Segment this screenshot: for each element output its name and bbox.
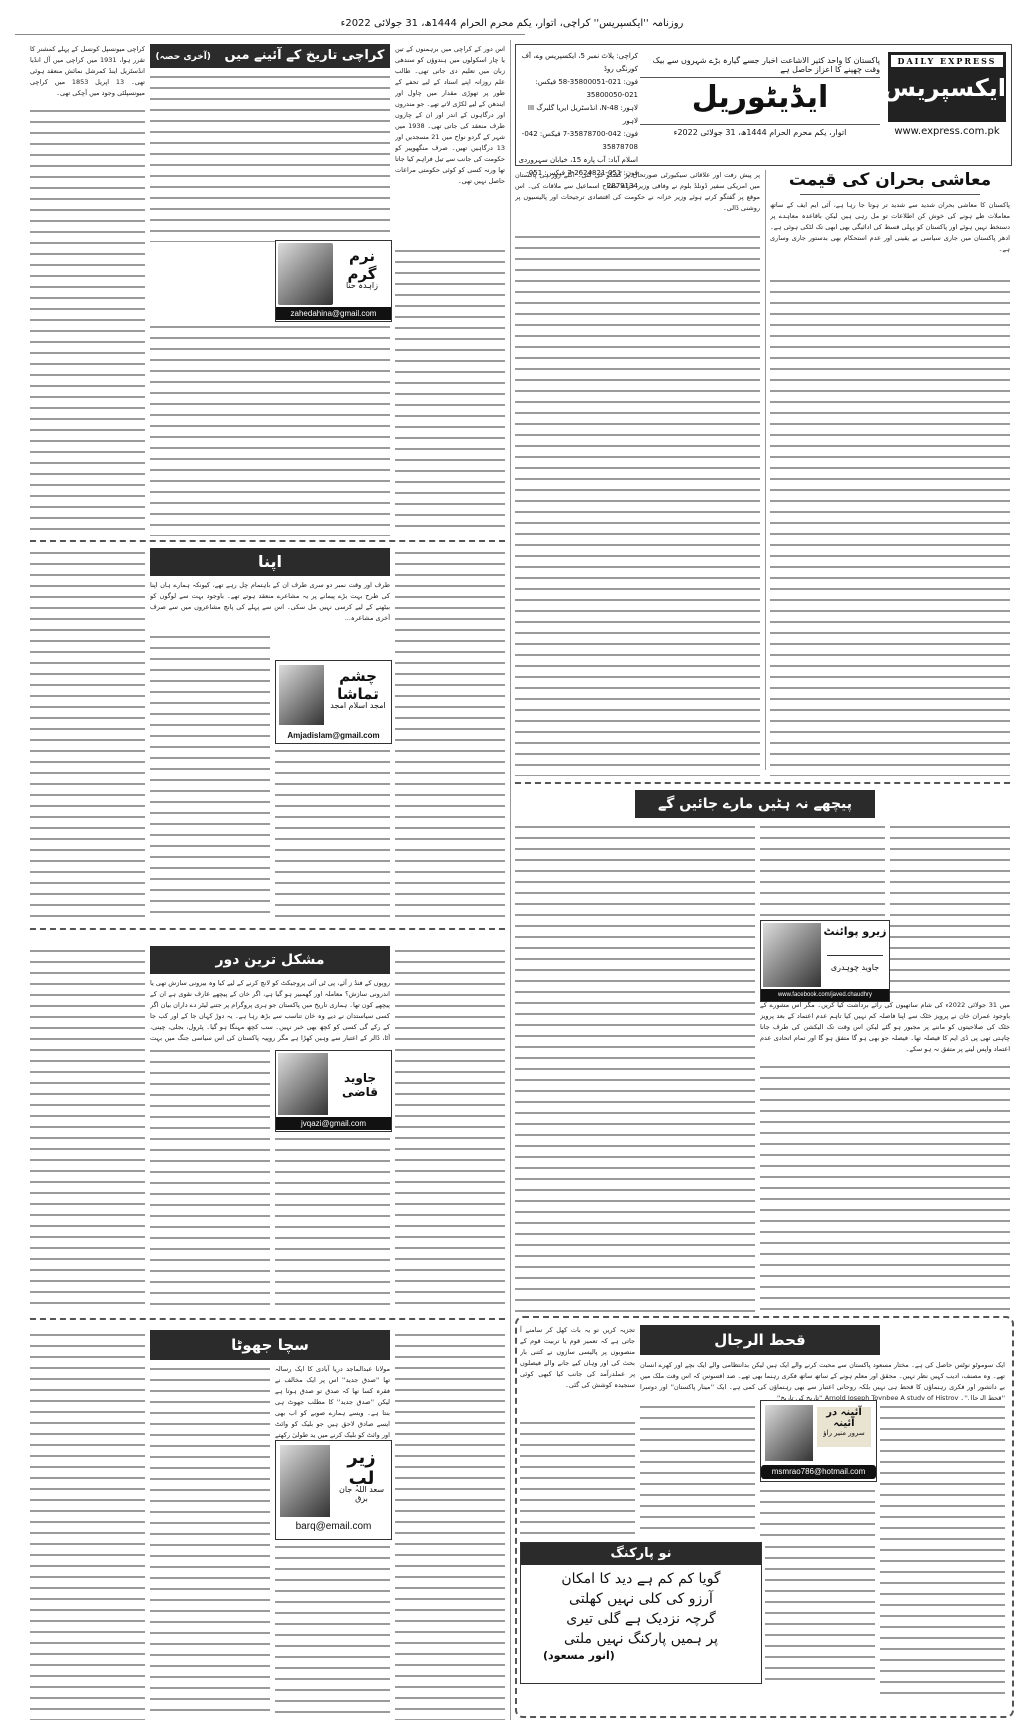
section-divider <box>30 928 505 930</box>
column-name: نرم گرم <box>336 247 388 283</box>
article-body-continued <box>760 1062 1010 1312</box>
article-body-right <box>395 548 505 922</box>
article-body-left <box>30 946 145 1310</box>
article-body-continued <box>150 1046 270 1310</box>
article-body-lower <box>760 1486 875 1536</box>
column-title-bar: مشکل ترین دور <box>150 946 390 974</box>
article-title: سچا جھوٹا <box>231 1336 309 1354</box>
article-body-right <box>890 822 1010 998</box>
editorial-body-continued <box>770 276 1010 776</box>
columnist-photo <box>765 1405 813 1461</box>
columnist-email[interactable]: barq@email.com <box>276 1521 391 1532</box>
article-body-lower <box>275 1542 390 1720</box>
section-divider <box>515 782 1010 784</box>
columnist-name: جاوید چوہدری <box>823 963 887 972</box>
article-body-right <box>395 1330 505 1720</box>
top-rule <box>15 34 525 35</box>
masthead-tagline: پاکستان کا واحد کثیر الاشاعت اخبار جسے گ… <box>640 56 880 78</box>
website-link[interactable]: www.express.com.pk <box>888 126 1006 137</box>
columnist-box: چشم تماشا امجد اسلام امجد Amjadislam@gma… <box>275 660 392 744</box>
article-body-left <box>520 1418 635 1538</box>
section-divider <box>30 1318 505 1320</box>
columnist-facebook[interactable]: www.facebook.com/javed.chaudhry <box>761 989 889 1001</box>
masthead-date: اتوار، یکم محرم الحرام 1444ھ، 31 جولائی … <box>640 124 880 137</box>
columnist-box: نرم گرم زاہدہ حنا zahedahina@gmail.com <box>275 240 392 322</box>
column-name: آئینہ در آئینہ <box>817 1407 871 1429</box>
article-body-lower <box>275 746 390 922</box>
article-body-mid <box>760 822 885 917</box>
article-body: مولانا عبدالماجد دریا آبادی کا ایک رسالہ… <box>275 1364 390 1444</box>
column-title-bar: کراچی تاریخ کے آئینے میں (آخری حصہ) <box>150 44 390 68</box>
article-body: میں 31 جولائی 2022ء کی شام ساتھیوں کی را… <box>760 1000 1010 1060</box>
column-name: زیر لب <box>334 1447 389 1489</box>
logo-band: DAILY EXPRESS <box>891 55 1003 67</box>
columnist-name: سعد اللہ جان برق <box>334 1485 389 1503</box>
columnist-photo <box>278 1053 328 1115</box>
article-body-lower <box>150 322 390 536</box>
headline-underline <box>800 194 980 195</box>
article-body-continued <box>880 1402 1005 1702</box>
editorial-body-2: پر پیش رفت اور علاقائی سیکیورٹی صورتحال … <box>515 170 760 230</box>
article-body-left <box>30 1330 145 1720</box>
editorial-body: پاکستان کا معاشی بحران شدید سے شدید تر ہ… <box>770 200 1010 275</box>
article-body-mid <box>640 1402 755 1532</box>
express-logo[interactable]: DAILY EXPRESS ایکسپریس <box>888 52 1006 122</box>
contact-line: فون: 042-35878700-7 فیکس: 042-35878708 <box>518 128 638 154</box>
columnist-email[interactable]: zahedahina@gmail.com <box>276 307 391 320</box>
column-logo: آئینہ در آئینہ سرور منیر راؤ <box>817 1407 871 1447</box>
column-title-bar: سچا جھوٹا <box>150 1330 390 1360</box>
contact-line: اسلام آباد: آب پارہ 15، خیابان سہروردی <box>518 154 638 167</box>
poem-line: پر ہمیں پارکنگ نہیں ملتی <box>521 1629 761 1649</box>
section-divider <box>30 540 505 542</box>
center-rule <box>510 40 511 1720</box>
poem-title: نو پارکنگ <box>521 1543 761 1565</box>
contact-line: کراچی: پلاٹ نمبر 5، ایکسپریس وے، آف کورن… <box>518 50 638 76</box>
poem-box: نو پارکنگ گویا کم کم ہے دید کا امکان آرز… <box>520 1542 762 1684</box>
columnist-name: زاہدہ حنا <box>336 281 388 290</box>
columnist-box: آئینہ در آئینہ سرور منیر راؤ msmrao786@h… <box>760 1400 877 1482</box>
contact-line: لاہور: N-48، انڈسٹریل ایریا گلبرگ III لا… <box>518 102 638 128</box>
column-name: زیرو پوائنٹ <box>823 925 887 938</box>
contact-line: فون: 021-35800051-58 فیکس: 021-35800050 <box>518 76 638 102</box>
columnist-photo <box>279 665 324 725</box>
article-body-left <box>515 822 755 1312</box>
article-body-lower <box>275 1134 390 1310</box>
poem-line: گویا کم کم ہے دید کا امکان <box>521 1569 761 1589</box>
article-body: اس دور کے کراچی میں برہمنوں کے تین یا چا… <box>395 44 505 244</box>
article-body-left <box>30 548 145 922</box>
columnist-email[interactable]: msmrao786@hotmail.com <box>761 1465 876 1479</box>
article-subtitle: (آخری حصہ) <box>155 52 210 62</box>
page-dateline: روزنامہ ''ایکسپریس'' کراچی، اتوار، یکم م… <box>0 18 1024 29</box>
article-body-continued <box>150 1364 270 1720</box>
article-body-side <box>765 1542 875 1682</box>
columnist-box: زیر لب سعد اللہ جان برق barq@email.com <box>275 1440 392 1540</box>
columnist-email[interactable]: Amjadislam@gmail.com <box>276 729 391 742</box>
columnist-box: زیرو پوائنٹ جاوید چوہدری www.facebook.co… <box>760 920 890 1002</box>
columnist-box: جاوید قاضی jvqazi@gmail.com <box>275 1050 392 1132</box>
columnist-name: سرور منیر راؤ <box>817 1429 871 1437</box>
article-body: ایک سوموٹو نوٹس حاصل کی ہے۔ مختار مسعود … <box>640 1360 1005 1400</box>
article-body-mid <box>150 72 390 242</box>
column-title-bar: قحط الرجال <box>640 1325 880 1355</box>
poem-line: آرزو کی کلی نہیں کھلتی <box>521 1589 761 1609</box>
column-title-bar: اپنا <box>150 548 390 576</box>
article-title: قحط الرجال <box>714 1331 805 1349</box>
columnist-photo <box>280 1445 330 1517</box>
article-body: طرف اور وقت نمبر دو سری طرف ان کے باہتما… <box>150 580 390 630</box>
article-title: پیچھے نہ ہٹیں مارے جائیں گے <box>658 796 852 812</box>
article-body-continued <box>395 246 505 536</box>
article-body: روپوں کے فنڈ ز آئے، پی ٹی آئی پروجیکٹ کو… <box>150 978 390 1044</box>
columnist-name: جاوید قاضی <box>331 1071 389 1099</box>
page-title: ایڈیٹوریل <box>650 80 870 115</box>
columnist-name: امجد اسلام امجد <box>328 701 388 710</box>
columnist-photo <box>278 243 333 305</box>
article-body-left-continued <box>30 106 145 536</box>
article-title: کراچی تاریخ کے آئینے میں <box>224 48 384 63</box>
editorial-body-2-continued <box>515 232 760 776</box>
columnist-email[interactable]: jvqazi@gmail.com <box>276 1117 391 1130</box>
editorial-headline: معاشی بحران کی قیمت <box>770 170 1010 190</box>
compass-icon <box>827 945 883 956</box>
article-body-right: تجزیہ کریں تو یہ بات کھل کر سامنے آ جاتی… <box>520 1325 635 1415</box>
article-body-continued <box>150 632 270 922</box>
poem-line: گرچہ نزدیک ہے گلی تیری <box>521 1609 761 1629</box>
column-rule <box>765 170 766 770</box>
columnist-photo <box>763 923 821 987</box>
article-body-right <box>395 946 505 1310</box>
column-title-bar: پیچھے نہ ہٹیں مارے جائیں گے <box>635 790 875 818</box>
logo-urdu: ایکسپریس <box>888 70 1006 106</box>
article-title: اپنا <box>258 552 282 571</box>
column-name: چشم تماشا <box>328 667 388 703</box>
article-body-left: کراچی میونسپل کونسل کے پہلے کمشنر کا تقر… <box>30 44 145 104</box>
poet-name: (انور مسعود) <box>521 1649 761 1662</box>
article-title: مشکل ترین دور <box>215 952 324 968</box>
